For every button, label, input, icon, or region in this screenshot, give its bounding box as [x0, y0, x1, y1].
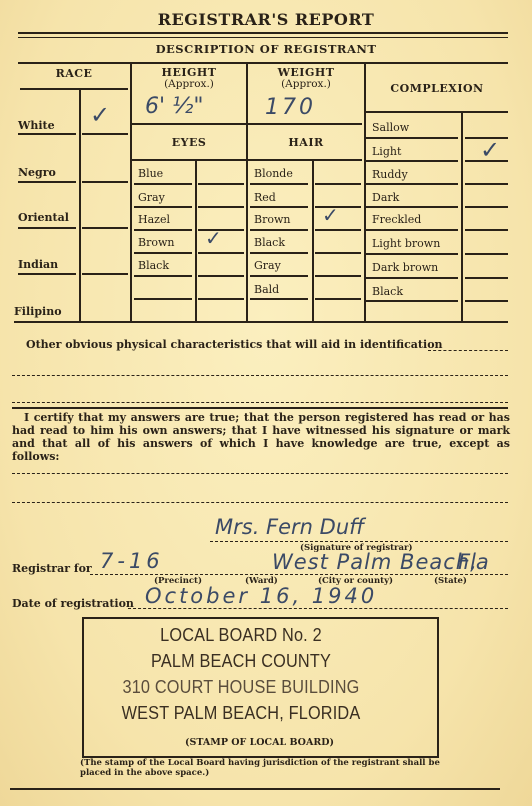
date-of-registration-label: Date of registration: [12, 597, 134, 610]
complexion-check-divider: [461, 113, 463, 321]
section-divider: [12, 407, 508, 409]
row-line: [134, 252, 192, 254]
row-line: [366, 206, 458, 208]
report-title: REGISTRAR'S REPORT: [0, 10, 532, 29]
row-line: [198, 229, 244, 231]
stamp-line-1: LOCAL BOARD No. 2: [101, 624, 381, 646]
state-value[interactable]: Fla: [458, 550, 489, 574]
row-line: [465, 277, 508, 279]
hair-header: HAIR: [248, 136, 364, 149]
complexion-option-dark: Dark: [372, 191, 399, 204]
row-line: [315, 275, 361, 277]
height-value[interactable]: 6' ½": [145, 94, 203, 119]
height-header-note: (Approx.): [132, 79, 246, 90]
row-line: [366, 229, 458, 231]
row-line: [465, 183, 508, 185]
weight-value[interactable]: 170: [265, 95, 316, 120]
row-line: [132, 159, 362, 161]
row-line: [134, 298, 192, 300]
race-check-divider: [79, 90, 81, 321]
row-line: [82, 273, 128, 275]
row-line: [465, 253, 508, 255]
row-line: [134, 206, 192, 208]
eyes-option-brown: Brown: [138, 236, 174, 249]
col-divider: [364, 63, 366, 321]
complexion-option-sallow: Sallow: [372, 121, 409, 134]
date-of-registration-value[interactable]: October 16, 1940: [145, 584, 377, 608]
race-option-indian: Indian: [18, 258, 58, 271]
weight-header-note: (Approx.): [248, 79, 364, 90]
row-line: [315, 298, 361, 300]
row-line: [132, 123, 362, 125]
stamp-line-2: PALM BEACH COUNTY: [101, 650, 381, 672]
hair-option-red: Red: [254, 191, 276, 204]
row-line: [134, 229, 192, 231]
complexion-option-dark-brown: Dark brown: [372, 261, 438, 274]
row-line: [366, 253, 458, 255]
other-characteristics-line-2[interactable]: [12, 375, 508, 376]
row-line: [465, 229, 508, 231]
hair-option-bald: Bald: [254, 283, 279, 296]
row-line: [250, 252, 308, 254]
other-characteristics-field[interactable]: [428, 350, 508, 351]
stamp-note: (The stamp of the Local Board having jur…: [80, 758, 440, 778]
row-line: [315, 252, 361, 254]
row-line: [366, 111, 508, 113]
race-option-negro: Negro: [18, 166, 56, 179]
signature-line: [210, 541, 508, 542]
stamp-caption: (STAMP OF LOCAL BOARD): [82, 737, 437, 748]
eyes-check-divider: [195, 160, 197, 321]
row-line: [250, 206, 308, 208]
height-header: HEIGHT (Approx.): [132, 66, 246, 90]
row-line: [366, 160, 458, 162]
state-caption: (State): [434, 576, 467, 586]
eyes-header: EYES: [132, 136, 246, 149]
complexion-option-light: Light: [372, 145, 401, 158]
race-white-checkmark[interactable]: ✓: [90, 101, 110, 129]
eyes-option-hazel: Hazel: [138, 213, 170, 226]
other-characteristics-line-3[interactable]: [12, 402, 508, 403]
row-line: [198, 252, 244, 254]
precinct-value[interactable]: 7-16: [100, 549, 164, 573]
certification-text: I certify that my answers are true; that…: [12, 411, 510, 463]
row-line: [82, 133, 128, 135]
date-line: [128, 608, 508, 609]
stamp-line-4: WEST PALM BEACH, FLORIDA: [101, 702, 381, 724]
row-line: [315, 206, 361, 208]
row-line: [134, 183, 192, 185]
row-line: [465, 160, 508, 162]
race-option-filipino: Filipino: [14, 305, 62, 318]
registrar-signature[interactable]: Mrs. Fern Duff: [215, 515, 364, 539]
row-line: [18, 273, 76, 275]
title-divider: [18, 32, 508, 38]
eyes-option-gray: Gray: [138, 191, 165, 204]
row-line: [82, 227, 128, 229]
city-value[interactable]: West Palm Beach,: [272, 550, 478, 574]
complexion-option-ruddy: Ruddy: [372, 168, 408, 181]
row-line: [250, 229, 308, 231]
complexion-option-black: Black: [372, 285, 403, 298]
row-line: [366, 183, 458, 185]
row-line: [366, 137, 458, 139]
complexion-header: COMPLEXION: [366, 82, 508, 95]
race-option-white: White: [18, 119, 55, 132]
row-line: [250, 275, 308, 277]
col-divider: [246, 63, 248, 321]
exceptions-line-2[interactable]: [12, 502, 508, 503]
table-bottom-border: [14, 321, 508, 323]
row-line: [366, 300, 458, 302]
row-line: [465, 137, 508, 139]
table-top-border: [18, 62, 508, 64]
race-header: RACE: [18, 67, 130, 80]
row-line: [465, 206, 508, 208]
section-subtitle: DESCRIPTION OF REGISTRANT: [0, 42, 532, 56]
hair-option-gray: Gray: [254, 259, 281, 272]
row-line: [465, 300, 508, 302]
other-characteristics-label: Other obvious physical characteristics t…: [26, 338, 443, 351]
row-line: [315, 183, 361, 185]
row-line: [366, 277, 458, 279]
row-line: [198, 183, 244, 185]
row-line: [198, 275, 244, 277]
row-line: [18, 227, 76, 229]
row-line: [315, 229, 361, 231]
complexion-option-light-brown: Light brown: [372, 237, 440, 250]
hair-check-divider: [312, 160, 314, 321]
hair-option-black: Black: [254, 236, 285, 249]
registrar-for-label: Registrar for: [12, 562, 92, 575]
row-line: [134, 275, 192, 277]
row-line: [82, 181, 128, 183]
row-line: [198, 298, 244, 300]
row-line: [198, 206, 244, 208]
row-line: [18, 133, 76, 135]
bottom-border: [10, 788, 500, 790]
col-divider: [130, 63, 132, 321]
row-line: [250, 298, 308, 300]
complexion-option-freckled: Freckled: [372, 213, 421, 226]
eyes-option-blue: Blue: [138, 167, 163, 180]
exceptions-line-1[interactable]: [12, 473, 508, 474]
row-line: [250, 183, 308, 185]
row-line: [18, 181, 76, 183]
hair-option-blonde: Blonde: [254, 167, 293, 180]
stamp-line-3: 310 COURT HOUSE BUILDING: [101, 676, 381, 698]
eyes-option-black: Black: [138, 259, 169, 272]
race-option-oriental: Oriental: [18, 211, 69, 224]
weight-header: WEIGHT (Approx.): [248, 66, 364, 90]
registrar-for-line: [90, 574, 508, 575]
race-header-underline: [20, 88, 128, 90]
hair-option-brown: Brown: [254, 213, 290, 226]
